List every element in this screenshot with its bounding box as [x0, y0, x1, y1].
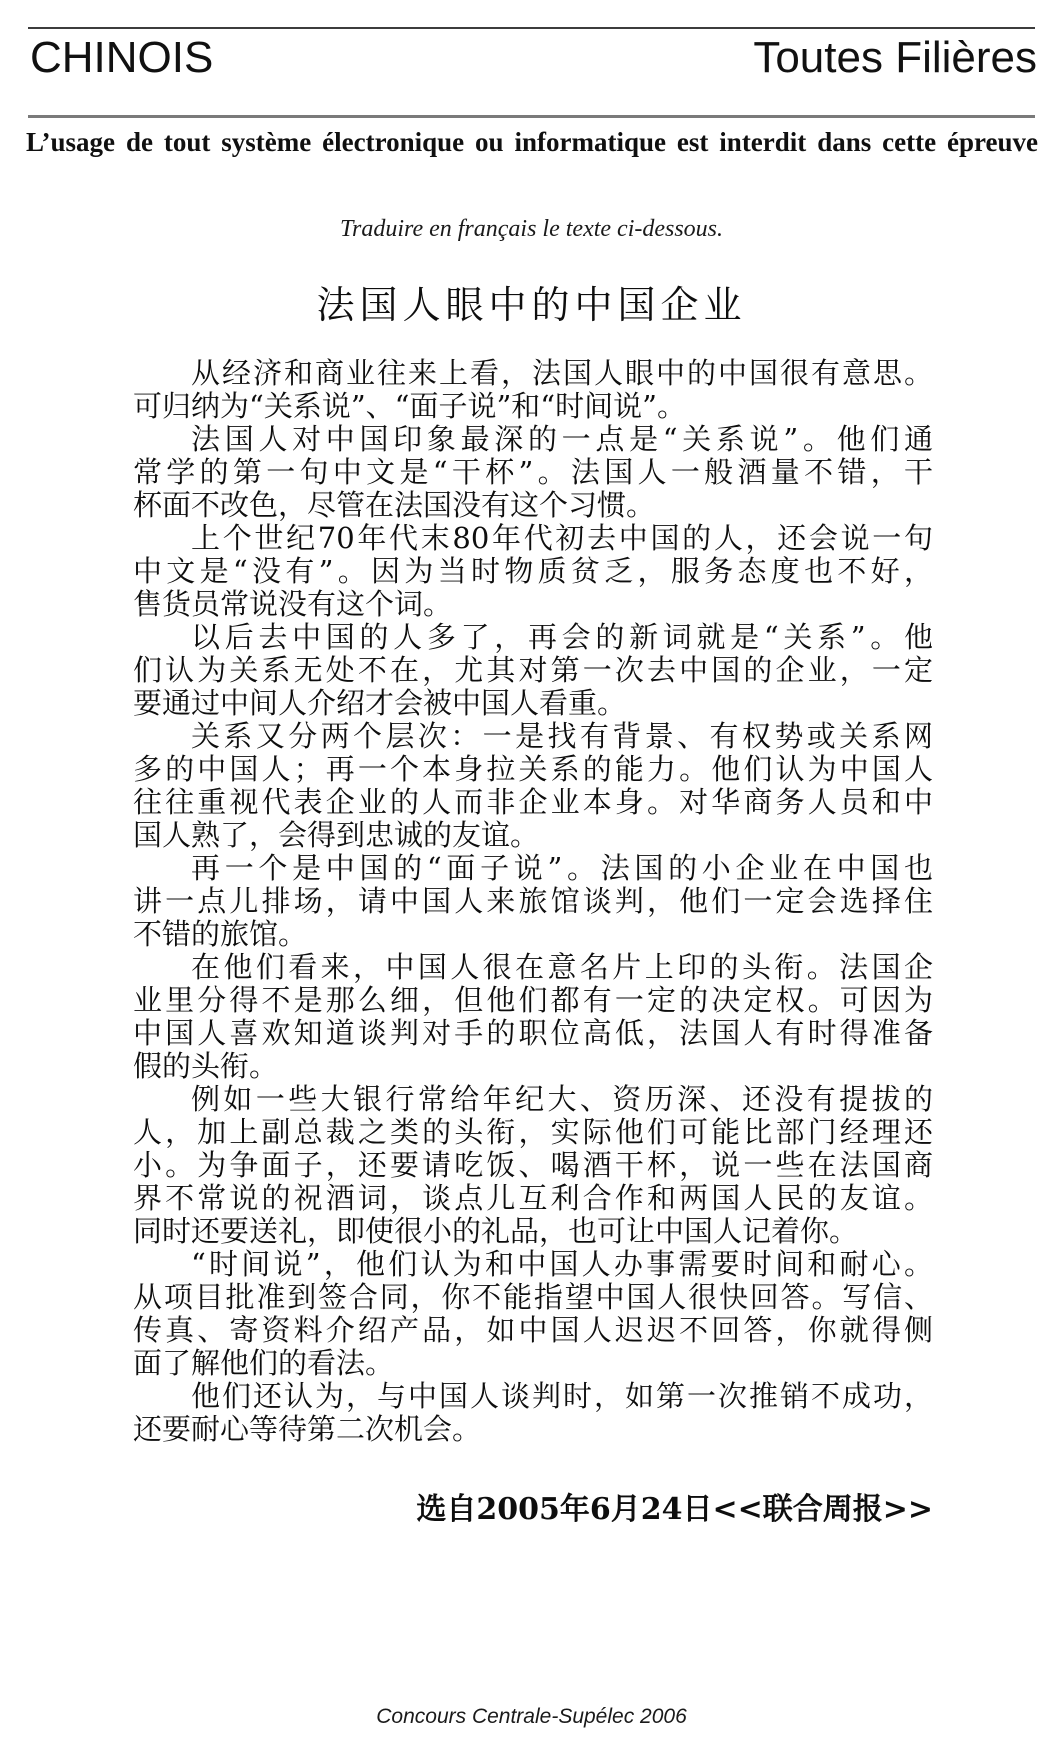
body-line: 假的头衔。 [133, 1050, 933, 1083]
body-line: “时间说”，他们认为和中国人办事需要时间和耐心。 [133, 1248, 933, 1281]
track-title: Toutes Filières [753, 34, 1037, 82]
body-line: 以后去中国的人多了，再会的新词就是“关系”。他 [133, 621, 933, 654]
masthead: CHINOIS Toutes Filières [30, 34, 1037, 82]
body-line: 可归纳为“关系说”、“面子说”和“时间说”。 [133, 390, 933, 423]
body-line: 杯面不改色，尽管在法国没有这个习惯。 [133, 489, 933, 522]
mid-rule [28, 115, 1035, 118]
body-text: 从经济和商业往来上看，法国人眼中的中国很有意思。可归纳为“关系说”、“面子说”和… [133, 357, 933, 1446]
footer-credit: Concours Centrale-Supélec 2006 [0, 1705, 1063, 1729]
body-line: 界不常说的祝酒词，谈点儿互利合作和两国人民的友谊。 [133, 1182, 933, 1215]
translation-instruction: Traduire en français le texte ci-dessous… [0, 216, 1063, 243]
body-line: 再一个是中国的“面子说”。法国的小企业在中国也 [133, 852, 933, 885]
body-line: 讲一点儿排场，请中国人来旅馆谈判，他们一定会选择住 [133, 885, 933, 918]
body-line: 小。为争面子，还要请吃饭、喝酒干杯，说一些在法国商 [133, 1149, 933, 1182]
body-line: 上个世纪70年代末80年代初去中国的人，还会说一句 [133, 522, 933, 555]
body-line: 常学的第一句中文是“干杯”。法国人一般酒量不错，干 [133, 456, 933, 489]
exam-page: CHINOIS Toutes Filières L’usage de tout … [0, 0, 1063, 1754]
usage-notice: L’usage de tout système électronique ou … [26, 126, 1038, 158]
body-line: 们认为关系无处不在，尤其对第一次去中国的企业，一定 [133, 654, 933, 687]
body-line: 从项目批准到签合同，你不能指望中国人很快回答。写信、 [133, 1281, 933, 1314]
body-line: 他们还认为，与中国人谈判时，如第一次推销不成功， [133, 1380, 933, 1413]
body-line: 法国人对中国印象最深的一点是“关系说”。他们通 [133, 423, 933, 456]
body-line: 同时还要送礼，即使很小的礼品，也可让中国人记着你。 [133, 1215, 933, 1248]
body-line: 中国人喜欢知道谈判对手的职位高低，法国人有时得准备 [133, 1017, 933, 1050]
body-line: 从经济和商业往来上看，法国人眼中的中国很有意思。 [133, 357, 933, 390]
body-line: 关系又分两个层次：一是找有背景、有权势或关系网 [133, 720, 933, 753]
source-attribution: 选自2005年6月24日<<联合周报>> [133, 1484, 933, 1528]
body-line: 售货员常说没有这个词。 [133, 588, 933, 621]
body-line: 要通过中间人介绍才会被中国人看重。 [133, 687, 933, 720]
body-line: 多的中国人；再一个本身拉关系的能力。他们认为中国人 [133, 753, 933, 786]
body-line: 人，加上副总裁之类的头衔，实际他们可能比部门经理还 [133, 1116, 933, 1149]
subject-title: CHINOIS [30, 34, 213, 82]
body-line: 例如一些大银行常给年纪大、资历深、还没有提拔的 [133, 1083, 933, 1116]
top-rule [28, 27, 1035, 29]
body-line: 国人熟了，会得到忠诚的友谊。 [133, 819, 933, 852]
body-line: 面了解他们的看法。 [133, 1347, 933, 1380]
body-line: 还要耐心等待第二次机会。 [133, 1413, 933, 1446]
body-line: 中文是“没有”。因为当时物质贫乏，服务态度也不好， [133, 555, 933, 588]
body-line: 不错的旅馆。 [133, 918, 933, 951]
body-line: 传真、寄资料介绍产品，如中国人迟迟不回答，你就得侧 [133, 1314, 933, 1347]
body-line: 往往重视代表企业的人而非企业本身。对华商务人员和中 [133, 786, 933, 819]
text-title: 法国人眼中的中国企业 [0, 274, 1063, 329]
body-line: 在他们看来，中国人很在意名片上印的头衔。法国企 [133, 951, 933, 984]
body-line: 业里分得不是那么细，但他们都有一定的决定权。可因为 [133, 984, 933, 1017]
